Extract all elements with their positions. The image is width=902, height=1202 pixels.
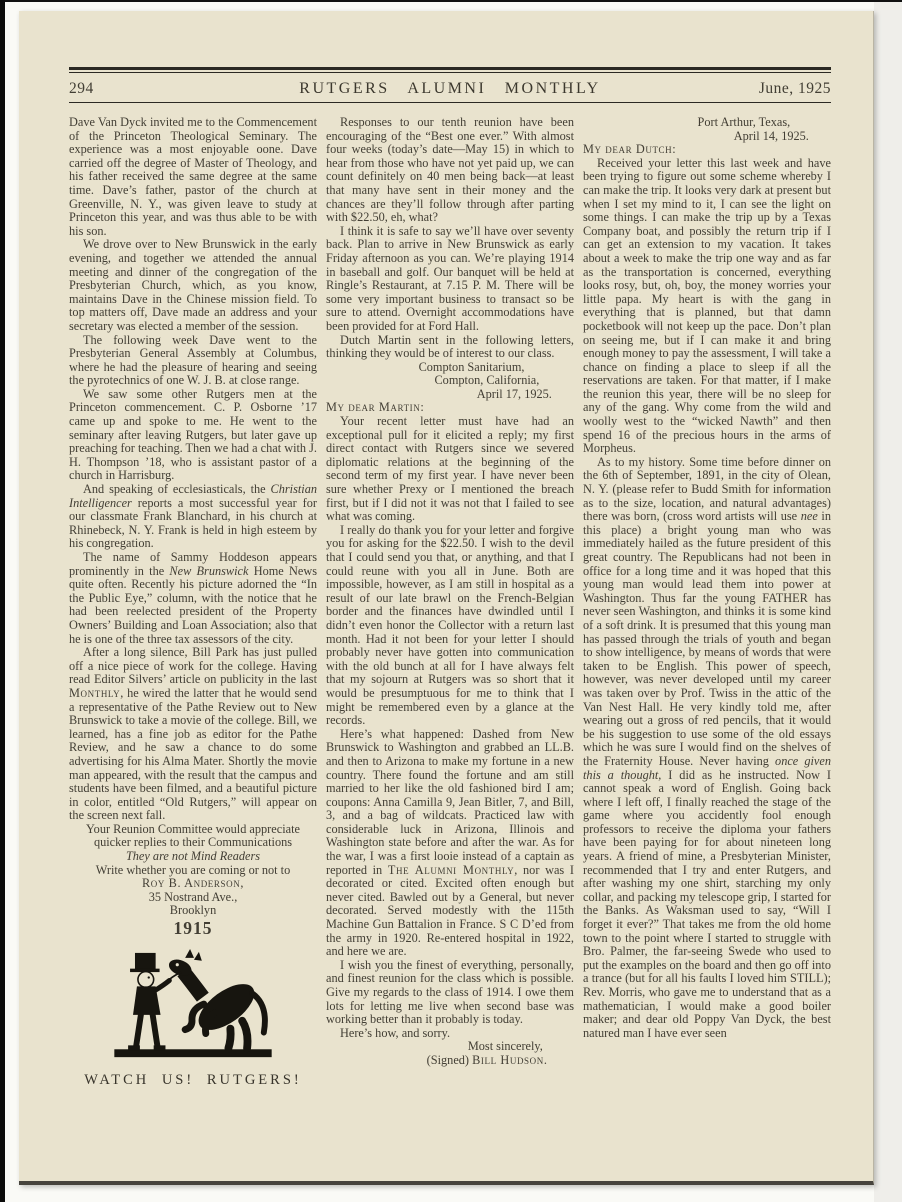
page-content: Dave Van Dyck invited me to the Commence… [19, 103, 873, 1087]
text-run: And speaking of ecclesiasticals, the [83, 482, 271, 496]
journal-title: RUTGERS ALUMNI MONTHLY [69, 80, 831, 98]
header-rule-thick [69, 67, 831, 70]
paragraph: Here’s how, and sorry. [326, 1027, 574, 1041]
paragraph: I really do thank you for your letter an… [326, 524, 574, 728]
paragraph: Dutch Martin sent in the following lette… [326, 334, 574, 361]
contact-address: 35 Nostrand Ave., [69, 891, 317, 905]
salutation: My dear Martin: [326, 401, 574, 415]
text-run: I wish you the finest of everything, per… [326, 958, 574, 1026]
contact-name: Roy B. Anderson, [69, 877, 317, 891]
letter-address-line: Compton Sanitarium, [326, 361, 574, 375]
text-run: . [544, 1053, 547, 1067]
text-run: After a long silence, Bill Park has just… [69, 645, 317, 686]
illustration-caption: WATCH US! RUTGERS! [69, 1074, 317, 1088]
reunion-notice: Write whether you are coming or not to [69, 864, 317, 878]
text-run: Compton Sanitarium, [419, 360, 525, 374]
text-run: We drove over to New Brunswick in the ea… [69, 237, 317, 333]
paragraph: Your recent letter must have had an exce… [326, 415, 574, 524]
small-caps-text: My dear Martin: [326, 400, 424, 414]
column-2-text: Responses to our tenth reunion have been… [326, 116, 574, 1068]
column-3: Port Arthur, Texas,April 14, 1925.My dea… [583, 116, 831, 1087]
page-header: 294 RUTGERS ALUMNI MONTHLY June, 1925 [19, 11, 873, 103]
paragraph: Received your letter this last week and … [583, 157, 831, 456]
paragraph: We drove over to New Brunswick in the ea… [69, 238, 317, 333]
paragraph: And speaking of ecclesiasticals, the Chr… [69, 483, 317, 551]
column-2: Responses to our tenth reunion have been… [326, 116, 574, 1087]
signature-closing: Most sincerely, [326, 1040, 574, 1054]
italic-text: They are not Mind Readers [126, 849, 260, 863]
small-caps-text: The Alumni Monthly [388, 863, 514, 877]
text-run: April 17, 1925. [477, 387, 552, 401]
paragraph: We saw some other Rutgers men at the Pri… [69, 388, 317, 483]
text-run: The following week Dave went to the Pres… [69, 333, 317, 388]
text-run: Here’s how, and sorry. [340, 1026, 450, 1040]
text-run: Dave Van Dyck invited me to the Commence… [69, 115, 317, 238]
text-run: in this place) a bright young man who wa… [583, 509, 831, 768]
scan-margin-right [874, 0, 902, 1202]
text-run: Here’s what happened: Dashed from New Br… [326, 727, 574, 877]
text-run: Dutch Martin sent in the following lette… [326, 333, 574, 361]
text-run: Most sincerely, [468, 1039, 543, 1053]
text-run: April 14, 1925. [734, 129, 809, 143]
man-leading-horse-illustration [104, 948, 282, 1066]
salutation: My dear Dutch: [583, 143, 831, 157]
small-caps-text: Monthly [69, 686, 120, 700]
column-1: Dave Van Dyck invited me to the Commence… [69, 116, 317, 1087]
text-run: Your recent letter must have had an exce… [326, 414, 574, 523]
paragraph: I wish you the finest of everything, per… [326, 959, 574, 1027]
text-run: 1915 [174, 918, 213, 938]
class-year: 1915 [69, 918, 317, 938]
paragraph: Dave Van Dyck invited me to the Commence… [69, 116, 317, 238]
text-run: Brooklyn [170, 903, 216, 917]
italic-text: New Brunswick [169, 564, 248, 578]
magazine-page: 294 RUTGERS ALUMNI MONTHLY June, 1925 Da… [19, 11, 874, 1185]
small-caps-text: Bill Hudson [472, 1053, 544, 1067]
text-run: Compton, California, [434, 373, 539, 387]
text-run: Port Arthur, Texas, [698, 115, 791, 129]
letter-address-line: Compton, California, [326, 374, 574, 388]
text-run: I did as he instructed. Now I cannot spe… [583, 768, 831, 1040]
paragraph: The name of Sammy Hoddeson appears promi… [69, 551, 317, 646]
header-rule-thin [69, 72, 831, 73]
paragraph: Here’s what happened: Dashed from New Br… [326, 728, 574, 959]
paragraph: The following week Dave went to the Pres… [69, 334, 317, 388]
header-row: 294 RUTGERS ALUMNI MONTHLY June, 1925 [69, 76, 831, 102]
paragraph: Responses to our tenth reunion have been… [326, 116, 574, 225]
scan-edge-top [0, 0, 902, 2]
text-run: As to my history. Some time before dinne… [583, 455, 831, 523]
text-run: 35 Nostrand Ave., [149, 890, 238, 904]
column-3-text: Port Arthur, Texas,April 14, 1925.My dea… [583, 116, 831, 1040]
text-run: , he wired the latter that he would send… [69, 686, 317, 822]
text-run: I really do thank you for your letter an… [326, 523, 574, 727]
text-run: Responses to our tenth reunion have been… [326, 115, 574, 224]
text-run: I think it is safe to say we’ll have ove… [326, 224, 574, 333]
signature-name: (Signed) Bill Hudson. [326, 1054, 574, 1068]
italic-text: nee [801, 509, 818, 523]
column-1-text: Dave Van Dyck invited me to the Commence… [69, 116, 317, 938]
text-run: (Signed) [427, 1053, 472, 1067]
scan-edge-left [0, 0, 5, 1202]
text-run: Write whether you are coming or not to [96, 863, 291, 877]
contact-city: Brooklyn [69, 904, 317, 918]
text-run: Your Reunion Committee would appreciate … [86, 822, 300, 850]
letter-address-line: Port Arthur, Texas, [583, 116, 831, 130]
reunion-notice: Your Reunion Committee would appreciate … [69, 823, 317, 850]
letter-date-line: April 17, 1925. [326, 388, 574, 402]
paragraph: As to my history. Some time before dinne… [583, 456, 831, 1041]
text-run: , nor was I decorated or cited. Excited … [326, 863, 574, 959]
small-caps-text: My dear Dutch: [583, 142, 676, 156]
text-run: We saw some other Rutgers men at the Pri… [69, 387, 317, 483]
small-caps-text: Roy B. Anderson, [142, 876, 244, 890]
paragraph: After a long silence, Bill Park has just… [69, 646, 317, 823]
reunion-notice-italic: They are not Mind Readers [69, 850, 317, 864]
paragraph: I think it is safe to say we’ll have ove… [326, 225, 574, 334]
text-run: Received your letter this last week and … [583, 156, 831, 455]
reunion-illustration: WATCH US! RUTGERS! [69, 948, 317, 1087]
letter-date-line: April 14, 1925. [583, 130, 831, 144]
